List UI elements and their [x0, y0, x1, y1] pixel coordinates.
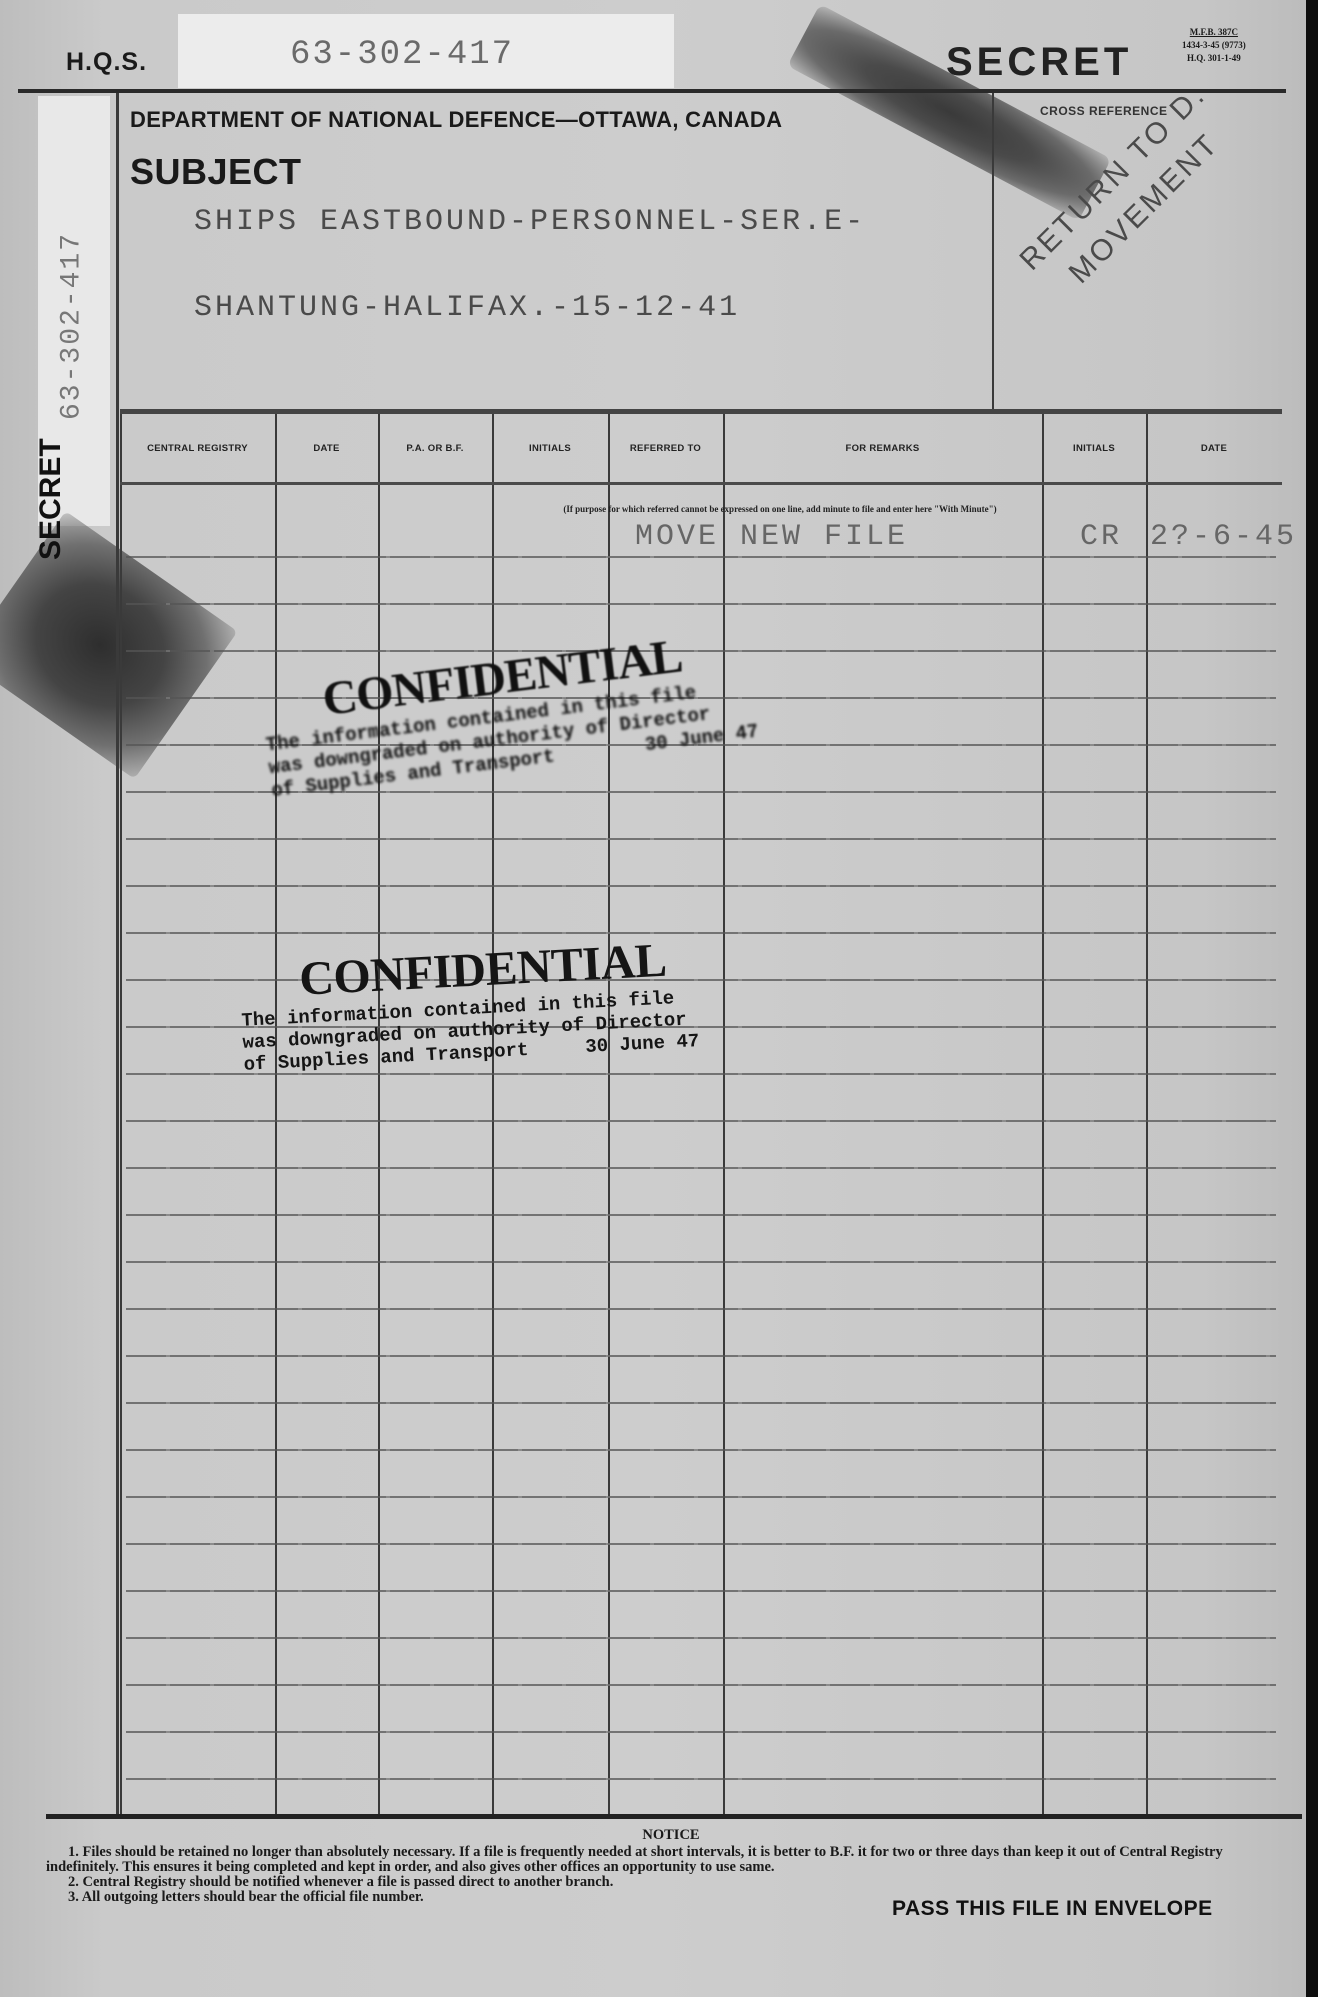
col-header-central-registry: CENTRAL REGISTRY [120, 414, 275, 482]
table-bottom-rule [46, 1814, 1302, 1819]
referral-instruction: (If purpose for which referred cannot be… [450, 504, 1110, 514]
hqs-label: H.Q.S. [66, 48, 147, 77]
col-header-for-remarks: FOR REMARKS [723, 414, 1042, 482]
col-header-pa-bf: P.A. OR B.F. [378, 414, 492, 482]
file-number-label: 63-302-417 [178, 14, 674, 88]
department-title: DEPARTMENT OF NATIONAL DEFENCE—OTTAWA, C… [130, 107, 782, 133]
col-header-initials-2: INITIALS [1042, 414, 1146, 482]
side-file-number: 63-302-417 [57, 232, 88, 420]
confidential-stamp-2: CONFIDENTIAL The information contained i… [238, 931, 700, 1076]
row-1-remarks: MOVE NEW FILE [635, 520, 908, 554]
subject-line-1: SHIPS EASTBOUND-PERSONNEL-SER.E- [194, 205, 866, 239]
pass-in-envelope-label: PASS THIS FILE IN ENVELOPE [892, 1897, 1213, 1921]
subject-box: DEPARTMENT OF NATIONAL DEFENCE—OTTAWA, C… [118, 93, 992, 411]
col-header-date-2: DATE [1146, 414, 1282, 482]
side-secret-stamp: SECRET [34, 438, 68, 560]
form-code: M.F.B. 387C 1434-3-45 (9773) H.Q. 301-1-… [1182, 26, 1246, 65]
notice-title: NOTICE [46, 1828, 1296, 1843]
file-cover-page: H.Q.S. 63-302-417 SECRET M.F.B. 387C 143… [0, 0, 1306, 1997]
file-number: 63-302-417 [290, 36, 514, 74]
row-1-date: 2?-6-45 [1150, 520, 1297, 554]
subject-line-2: SHANTUNG-HALIFAX.-15-12-41 [194, 291, 740, 325]
subject-label: SUBJECT [130, 151, 302, 193]
col-header-referred-to: REFERRED TO [608, 414, 723, 482]
cross-reference-divider [992, 93, 994, 411]
notice-item-2: 2. Central Registry should be notified w… [46, 1875, 1296, 1890]
row-1-initials: CR [1080, 520, 1122, 554]
secret-stamp: SECRET [946, 40, 1132, 85]
notice-section: NOTICE 1. Files should be retained no lo… [46, 1828, 1296, 1905]
scan-edge [1306, 0, 1318, 1997]
routing-table: CENTRAL REGISTRY DATE P.A. OR B.F. INITI… [120, 414, 1282, 1814]
notice-item-1: 1. Files should be retained no longer th… [46, 1845, 1296, 1875]
col-header-date: DATE [275, 414, 378, 482]
col-header-initials: INITIALS [492, 414, 608, 482]
